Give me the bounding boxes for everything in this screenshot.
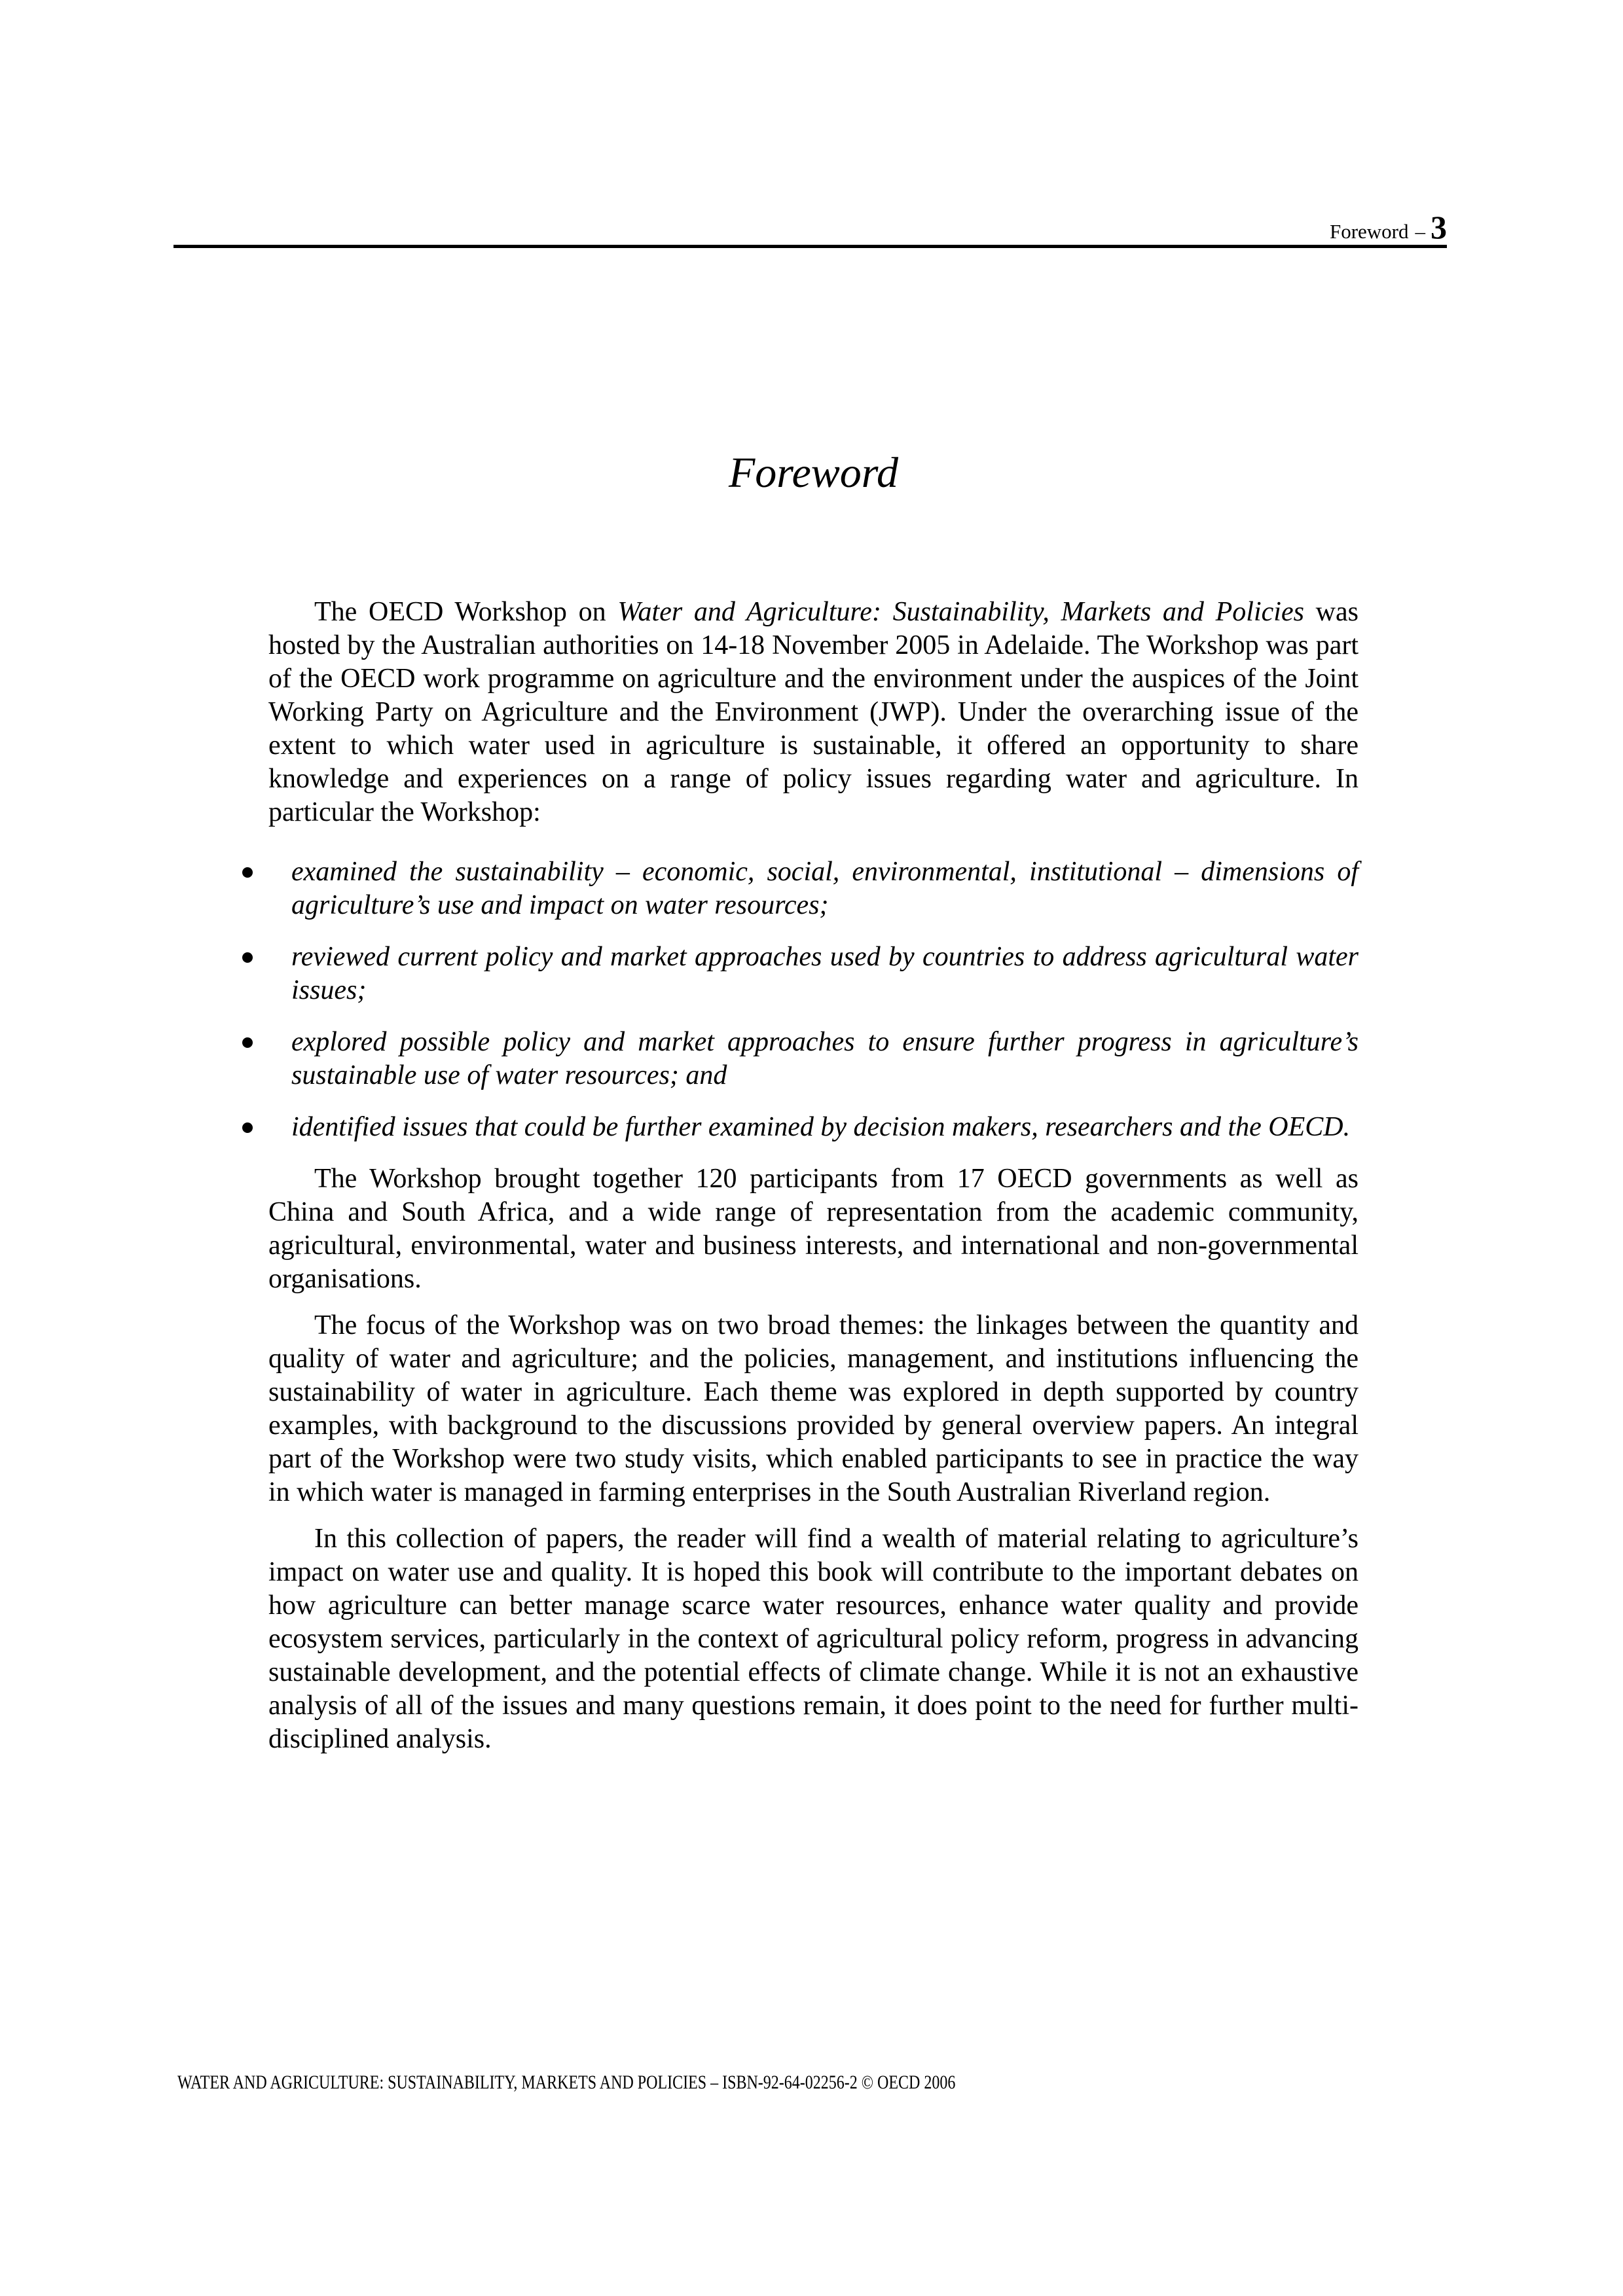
footer-text: WATER AND AGRICULTURE: SUSTAINABILITY, M… — [177, 2072, 955, 2093]
bullet-item-1-text: examined the sustainability – economic, … — [291, 857, 1359, 920]
document-page: Foreword–3 Foreword The OECD Workshop on… — [0, 0, 1623, 2296]
bullet-item-3: explored possible policy and market appr… — [268, 1026, 1359, 1092]
bullet-dot-icon — [242, 1122, 253, 1133]
bullet-item-1: examined the sustainability – economic, … — [268, 855, 1359, 922]
paragraph-3: The focus of the Workshop was on two bro… — [268, 1309, 1359, 1509]
paragraph-1-lead: The OECD Workshop on — [314, 597, 617, 627]
page-footer: WATER AND AGRICULTURE: SUSTAINABILITY, M… — [177, 2072, 955, 2094]
header-section-label: Foreword — [1330, 220, 1409, 243]
running-header: Foreword–3 — [1330, 208, 1447, 246]
paragraph-1: The OECD Workshop on Water and Agricultu… — [268, 596, 1359, 829]
bullet-dot-icon — [242, 952, 253, 963]
paragraph-4: In this collection of papers, the reader… — [268, 1522, 1359, 1756]
paragraph-1-rest: was hosted by the Australian authorities… — [268, 597, 1359, 827]
bullet-item-4: identified issues that could be further … — [268, 1111, 1359, 1144]
bullet-item-2-text: reviewed current policy and market appro… — [291, 942, 1359, 1005]
bullet-dot-icon — [242, 867, 253, 878]
paragraph-1-book-title: Water and Agriculture: Sustainability, M… — [617, 597, 1304, 627]
bullet-dot-icon — [242, 1037, 253, 1048]
header-separator: – — [1415, 220, 1426, 243]
bullet-item-3-text: explored possible policy and market appr… — [291, 1027, 1359, 1090]
bullet-item-2: reviewed current policy and market appro… — [268, 941, 1359, 1007]
header-rule — [173, 245, 1447, 248]
page-title: Foreword — [268, 450, 1359, 496]
bullet-item-4-text: identified issues that could be further … — [291, 1112, 1350, 1142]
paragraph-2: The Workshop brought together 120 partic… — [268, 1162, 1359, 1296]
page-number: 3 — [1431, 209, 1447, 245]
body-content: The OECD Workshop on Water and Agricultu… — [268, 596, 1359, 1756]
bullet-list: examined the sustainability – economic, … — [268, 855, 1359, 1144]
